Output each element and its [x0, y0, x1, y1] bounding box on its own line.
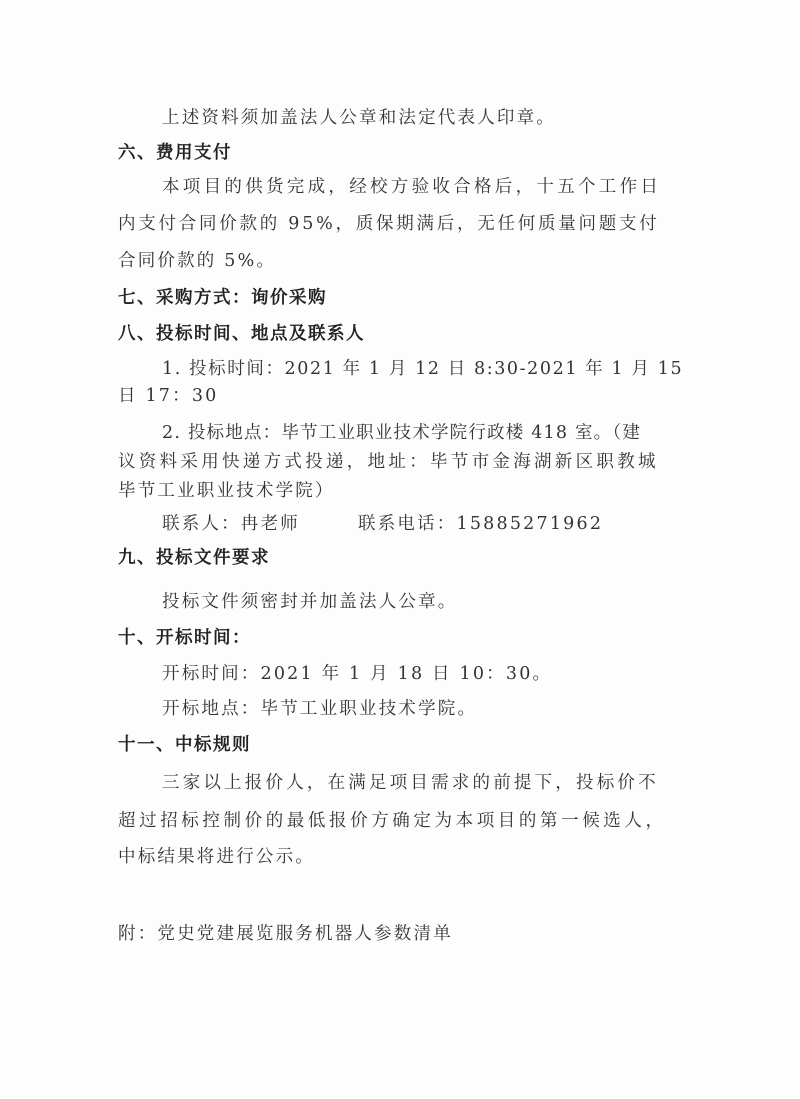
- section-11-paragraph-line: 三家以上报价人，在满足项目需求的前提下，投标价不: [162, 771, 659, 795]
- section-11-heading: 十一、中标规则: [118, 733, 251, 757]
- attachment-note: 附：党史党建展览服务机器人参数清单: [118, 922, 453, 946]
- document-page: 上述资料须加盖法人公章和法定代表人印章。 六、费用支付 本项目的供货完成，经校方…: [0, 0, 800, 1099]
- contact-phone: 联系电话：15885271962: [358, 512, 603, 536]
- section-7-heading: 七、采购方式：询价采购: [118, 286, 327, 310]
- section-6-heading: 六、费用支付: [118, 141, 232, 165]
- bid-time-line: 日 17：30: [118, 384, 219, 408]
- section-6-paragraph-line: 本项目的供货完成，经校方验收合格后，十五个工作日: [162, 175, 661, 199]
- section-11-paragraph-line: 中标结果将进行公示。: [118, 845, 315, 869]
- section-9-paragraph: 投标文件须密封并加盖法人公章。: [162, 590, 458, 614]
- bid-location-line: 议资料采用快递方式投递，地址：毕节市金海湖新区职教城: [118, 450, 659, 474]
- section-8-heading: 八、投标时间、地点及联系人: [118, 322, 365, 346]
- section-6-paragraph-line: 合同价款的 5%。: [118, 249, 276, 273]
- contact-person: 联系人：冉老师: [162, 512, 300, 536]
- seal-requirement-text: 上述资料须加盖法人公章和法定代表人印章。: [162, 106, 556, 130]
- section-9-heading: 九、投标文件要求: [118, 546, 270, 570]
- section-6-paragraph-line: 内支付合同价款的 95%，质保期满后，无任何质量问题支付: [118, 212, 659, 236]
- section-10-heading: 十、开标时间：: [118, 626, 251, 650]
- bid-opening-time: 开标时间：2021 年 1 月 18 日 10：30。: [162, 662, 552, 686]
- bid-location-line: 毕节工业职业技术学院）: [118, 479, 335, 503]
- bid-opening-location: 开标地点：毕节工业职业技术学院。: [162, 697, 477, 721]
- bid-time-line: 1. 投标时间：2021 年 1 月 12 日 8:30-2021 年 1 月 …: [162, 357, 683, 381]
- bid-location-line: 2. 投标地点：毕节工业职业技术学院行政楼 418 室。（建: [162, 421, 641, 445]
- section-11-paragraph-line: 超过招标控制价的最低报价方确定为本项目的第一候选人，: [118, 809, 667, 833]
